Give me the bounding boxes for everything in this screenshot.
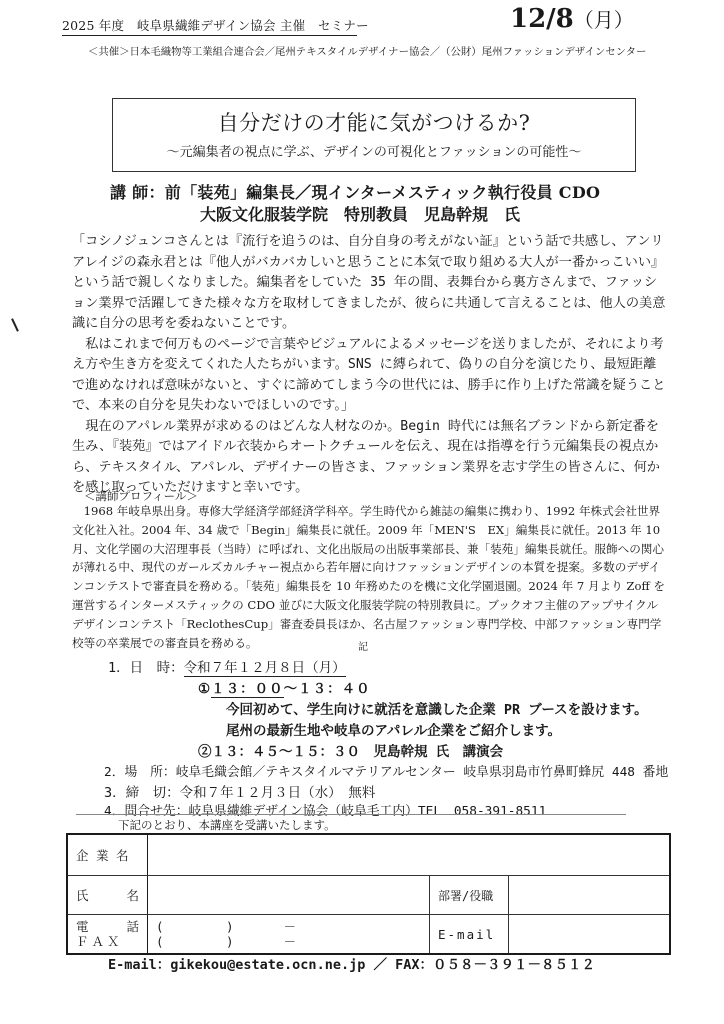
- stray-scan-mark: [11, 318, 19, 332]
- fax-label: ＦＡＸ: [76, 934, 139, 949]
- session-1-desc-1: 今回初めて、学生向けに就活を意識した企業 PR ブースを設けます。: [226, 698, 648, 718]
- tel-field[interactable]: ( ) －: [156, 919, 421, 934]
- tel-label-b: 話: [126, 919, 139, 934]
- session-1-end: ～１３：４０: [284, 681, 371, 697]
- tel-fax-label: 電話 ＦＡＸ: [67, 915, 148, 955]
- email-label: E-mail: [430, 915, 509, 955]
- session-1-desc-2: 尾州の最新生地や岐阜のアパレル企業をご紹介します。: [226, 719, 561, 739]
- session-1-time: ①１３：００～１３：４０: [198, 677, 371, 697]
- event-day-of-week: （月）: [574, 8, 634, 32]
- name-label-a: 氏: [76, 886, 89, 904]
- email-field[interactable]: [509, 915, 671, 955]
- dept-field[interactable]: [509, 876, 671, 915]
- speaker-name: 大阪文化服装学院 特別教員 児島幹規 氏: [200, 202, 520, 225]
- name-field[interactable]: [148, 876, 430, 915]
- message-paragraph-3: 現在のアパレル業界が求めるのはどんな人材なのか。Begin 時代には無名ブランド…: [72, 417, 668, 499]
- company-field[interactable]: [148, 834, 671, 876]
- fax-field[interactable]: ( ) －: [156, 934, 421, 949]
- organizer-line: 2025 年度 岐阜県繊維デザイン協会 主催 セミナー: [62, 16, 357, 36]
- session-1-number: ①: [198, 681, 211, 697]
- cohost-line: ＜共催＞日本毛織物等工業組合連合会／尾州テキスタイルデザイナー協会／（公財）尾州…: [88, 43, 646, 58]
- seminar-title: 自分だけの才能に気がつけるか?: [113, 107, 635, 137]
- tel-label-a: 電: [76, 919, 89, 934]
- session-2: ②１３：４５～１５：３０ 児島幹規 氏 講演会: [198, 740, 503, 760]
- contact-footer: E-mail：gikekou@estate.ocn.ne.jp ／ FAX：０５…: [108, 953, 595, 973]
- speaker-message: 「コシノジュンコさんとは『流行を追うのは、自分自身の考えがない証』という話で共感…: [72, 232, 668, 499]
- speaker-title: 講 師：前「装苑」編集長／現インターメスティック執行役員 CDO: [110, 180, 600, 203]
- dept-label: 部署/役職: [430, 876, 509, 915]
- profile-text: 1968 年岐阜県出身。専修大学経済学部経済学科卒。学生時代から雑誌の編集に携わ…: [72, 502, 668, 652]
- name-label: 氏名: [67, 876, 148, 915]
- company-label: 企 業 名: [67, 834, 148, 876]
- date-label: 1．日 時：: [108, 660, 184, 676]
- application-note: 下記のとおり、本講座を受講いたします。: [118, 817, 336, 833]
- date-value: 令和７年１２月８日（月）: [184, 660, 346, 677]
- session-1-start: １３：００: [211, 681, 284, 698]
- detail-deadline: 3．締 切：令和７年１２月３日（水） 無料: [104, 781, 375, 801]
- seminar-subtitle: ～元編集者の視点に学ぶ、デザインの可視化とファッションの可能性～: [113, 141, 635, 160]
- message-paragraph-2: 私はこれまで何万ものページで言葉やビジュアルによるメッセージを送りましたが、それ…: [72, 335, 668, 417]
- detail-venue: 2．場 所：岐阜毛織会館／テキスタイルマテリアルセンター 岐阜県羽島市竹鼻町蜂尻…: [104, 761, 668, 780]
- application-form: 企 業 名 氏名 部署/役職 電話 ＦＡＸ ( ) － ( ) － E-mail: [66, 833, 671, 955]
- detail-date: 1．日 時：令和７年１２月８日（月）: [108, 656, 346, 676]
- tel-fax-field[interactable]: ( ) － ( ) －: [148, 915, 430, 955]
- message-paragraph-1: 「コシノジュンコさんとは『流行を追うのは、自分自身の考えがない証』という話で共感…: [72, 232, 668, 335]
- name-label-b: 名: [126, 886, 139, 904]
- title-box: 自分だけの才能に気がつけるか? ～元編集者の視点に学ぶ、デザインの可視化とファッ…: [112, 98, 636, 172]
- event-date: 12/8（月）: [510, 4, 634, 34]
- separator-line: [76, 814, 626, 815]
- speaker-profile: 1968 年岐阜県出身。専修大学経済学部経済学科卒。学生時代から雑誌の編集に携わ…: [72, 502, 668, 652]
- event-date-value: 12/8: [510, 4, 574, 34]
- ki-marker: 記: [358, 638, 368, 653]
